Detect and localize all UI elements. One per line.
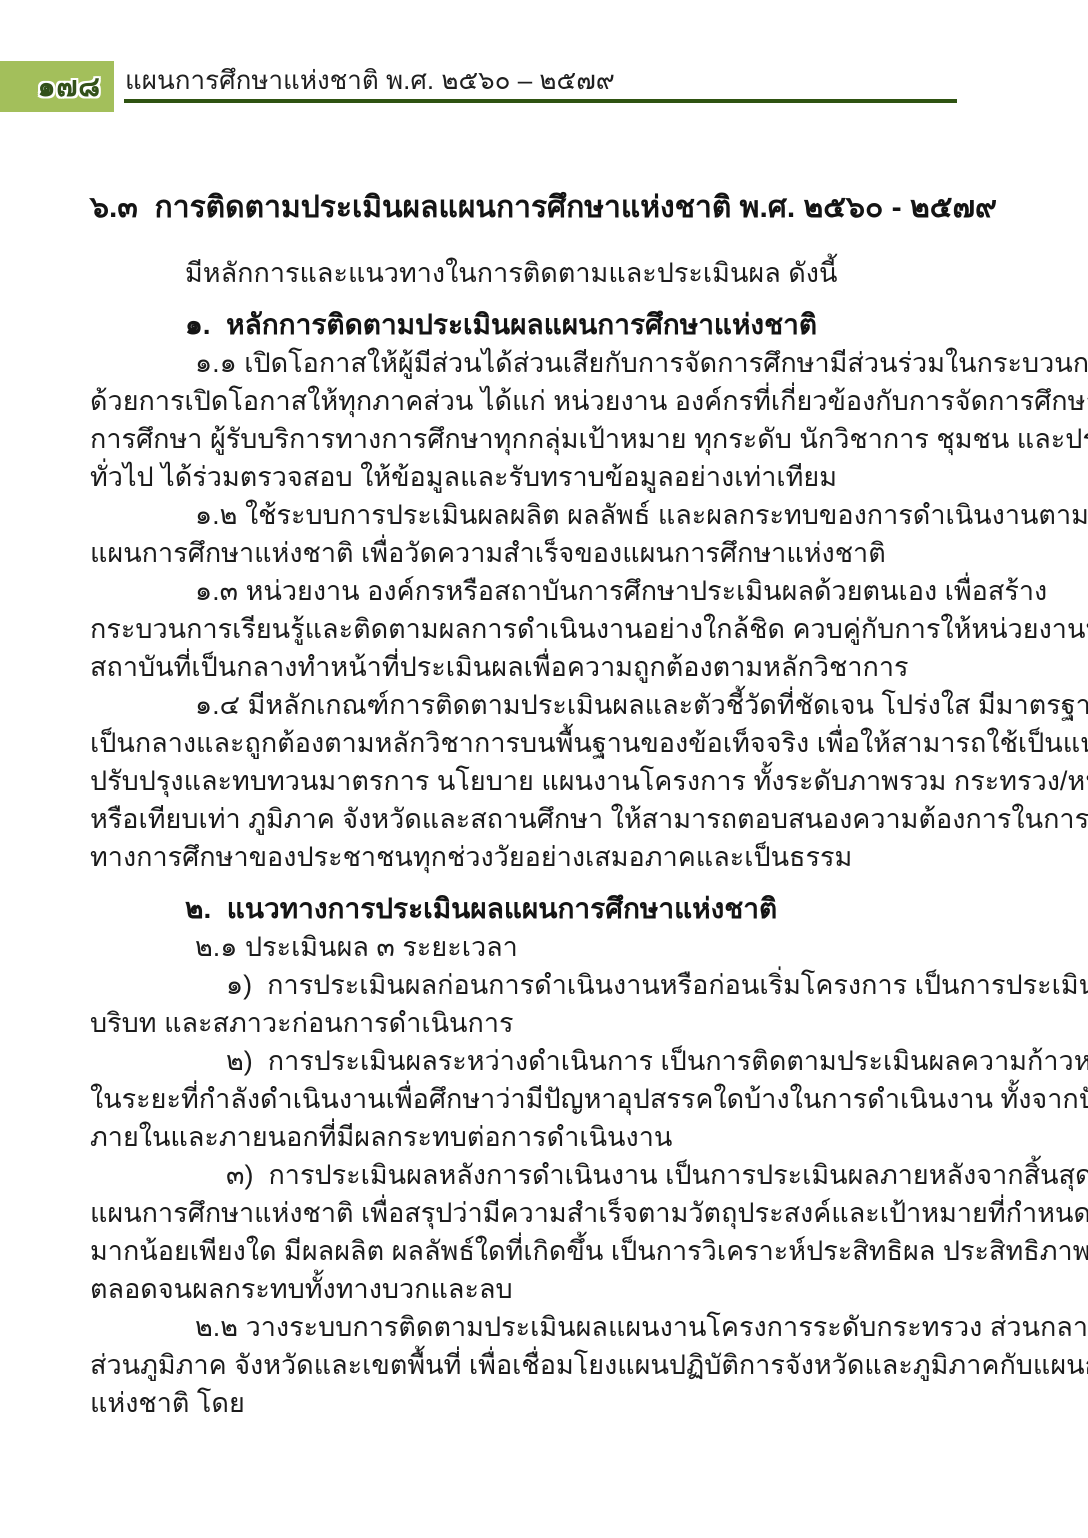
text-line: ๒) การประเมินผลระหว่างดำเนินการ เป็นการต… [90,1042,962,1080]
text-line: ในระยะที่กำลังดำเนินงานเพื่อศึกษาว่ามีปั… [90,1080,962,1118]
text-line: ภายในและภายนอกที่มีผลกระทบต่อการดำเนินงา… [90,1118,962,1156]
text-line: แห่งชาติ โดย [90,1384,962,1422]
text-line: ๑.๑ เปิดโอกาสให้ผู้มีส่วนได้ส่วนเสียกับก… [90,344,962,382]
text-line: ส่วนภูมิภาค จังหวัดและเขตพื้นที่ เพื่อเช… [90,1346,962,1384]
document-body: ๖.๓ การติดตามประเมินผลแผนการศึกษาแห่งชาต… [90,186,962,1422]
sub-heading: ๒. แนวทางการประเมินผลแผนการศึกษาแห่งชาติ [90,890,962,928]
page-number: ๑๗๘ [38,65,101,109]
text-line: ด้วยการเปิดโอกาสให้ทุกภาคส่วน ได้แก่ หน่… [90,382,962,420]
text-line: การศึกษา ผู้รับบริการทางการศึกษาทุกกลุ่ม… [90,420,962,458]
text-line: ๑.๓ หน่วยงาน องค์กรหรือสถาบันการศึกษาประ… [90,572,962,610]
text-line: ทางการศึกษาของประชาชนทุกช่วงวัยอย่างเสมอ… [90,838,962,876]
text-line: หรือเทียบเท่า ภูมิภาค จังหวัดและสถานศึกษ… [90,800,962,838]
running-title: แผนการศึกษาแห่งชาติ พ.ศ. ๒๕๖๐ – ๒๕๗๙ [125,64,615,96]
text-line: ๑.๔ มีหลักเกณฑ์การติดตามประเมินผลและตัวช… [90,686,962,724]
page-number-box: ๑๗๘ [0,61,114,112]
sub-heading: ๑. หลักการติดตามประเมินผลแผนการศึกษาแห่ง… [90,306,962,344]
text-line: มากน้อยเพียงใด มีผลผลิต ผลลัพธ์ใดที่เกิด… [90,1232,962,1270]
header-rule [124,99,957,103]
text-line: มีหลักการและแนวทางในการติดตามและประเมินผ… [90,254,962,292]
text-line: ๒.๑ ประเมินผล ๓ ระยะเวลา [90,928,962,966]
text-line: ๑) การประเมินผลก่อนการดำเนินงานหรือก่อนเ… [90,966,962,1004]
document-page: ๑๗๘ แผนการศึกษาแห่งชาติ พ.ศ. ๒๕๖๐ – ๒๕๗๙… [0,0,1088,1538]
text-line: กระบวนการเรียนรู้และติดตามผลการดำเนินงาน… [90,610,962,648]
section-heading: ๖.๓ การติดตามประเมินผลแผนการศึกษาแห่งชาต… [90,186,962,230]
text-line: ตลอดจนผลกระทบทั้งทางบวกและลบ [90,1270,962,1308]
text-line: สถาบันที่เป็นกลางทำหน้าที่ประเมินผลเพื่อ… [90,648,962,686]
text-line: ๒.๒ วางระบบการติดตามประเมินผลแผนงานโครงก… [90,1308,962,1346]
text-line: เป็นกลางและถูกต้องตามหลักวิชาการบนพื้นฐา… [90,724,962,762]
text-line: ๑.๒ ใช้ระบบการประเมินผลผลิต ผลลัพธ์ และผ… [90,496,962,534]
text-line: ปรับปรุงและทบทวนมาตรการ นโยบาย แผนงานโคร… [90,762,962,800]
text-line: ๓) การประเมินผลหลังการดำเนินงาน เป็นการป… [90,1156,962,1194]
text-line: บริบท และสภาวะก่อนการดำเนินการ [90,1004,962,1042]
text-line: แผนการศึกษาแห่งชาติ เพื่อสรุปว่ามีความสำ… [90,1194,962,1232]
text-line: ทั่วไป ได้ร่วมตรวจสอบ ให้ข้อมูลและรับทรา… [90,458,962,496]
text-line: แผนการศึกษาแห่งชาติ เพื่อวัดความสำเร็จขอ… [90,534,962,572]
